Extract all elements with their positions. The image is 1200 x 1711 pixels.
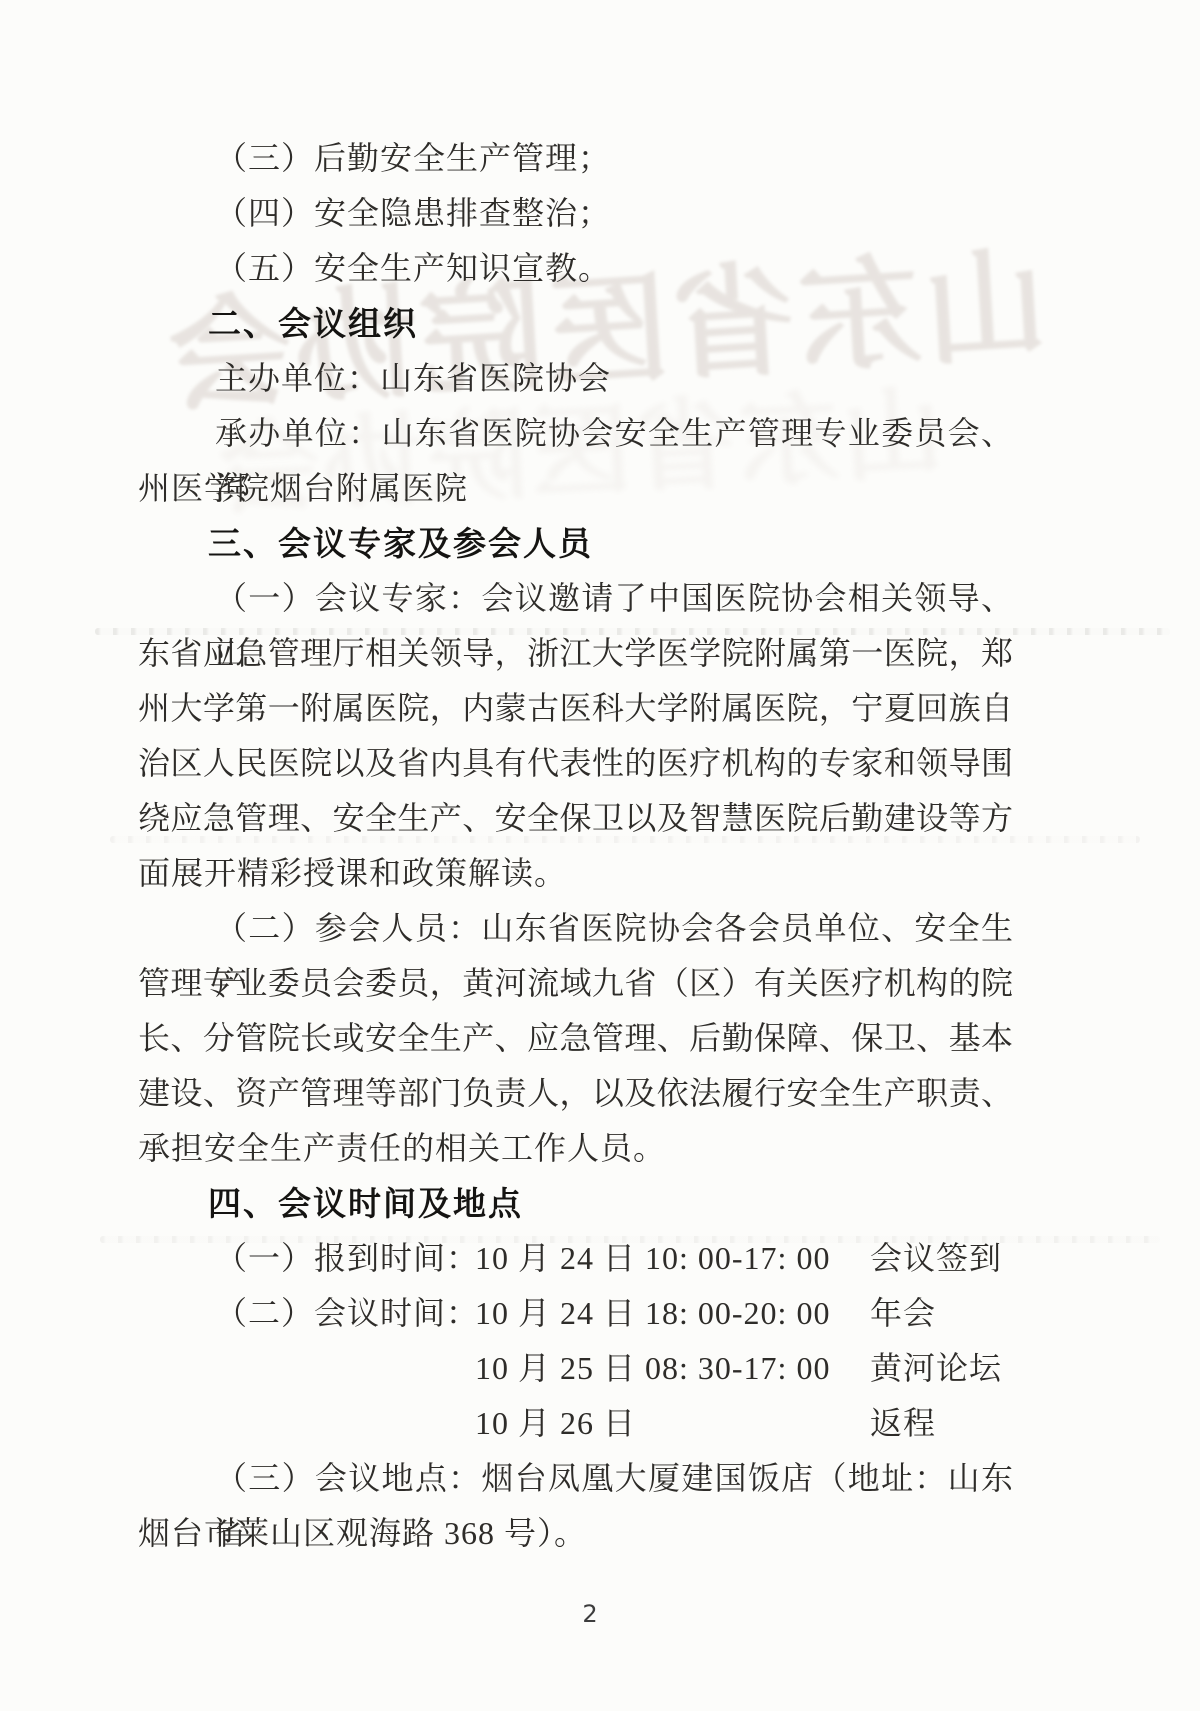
document-line: （三）后勤安全生产管理； xyxy=(138,131,1013,186)
document-line: （一）会议专家：会议邀请了中国医院协会相关领导、山 xyxy=(138,571,1013,626)
schedule-time: 10 月 24 日 18: 00-20: 00 xyxy=(475,1286,830,1341)
document-line: （二）参会人员：山东省医院协会各会员单位、安全生产 xyxy=(138,901,1013,956)
schedule-note: 会议签到 xyxy=(870,1231,1002,1286)
schedule-label: （二）会议时间： xyxy=(215,1295,479,1331)
schedule-note: 返程 xyxy=(870,1396,936,1451)
schedule-time: 10 月 26 日 xyxy=(475,1396,636,1451)
document-line: 承办单位：山东省医院协会安全生产管理专业委员会、滨 xyxy=(138,406,1013,461)
document-line: 烟台市莱山区观海路 368 号）。 xyxy=(138,1506,1013,1561)
document-line: 治区人民医院以及省内具有代表性的医疗机构的专家和领导围 xyxy=(138,736,1013,791)
schedule-note: 黄河论坛 xyxy=(870,1341,1002,1396)
document-body: （三）后勤安全生产管理； （四）安全隐患排查整治； （五）安全生产知识宣教。 二… xyxy=(138,0,1013,1561)
document-line: 州大学第一附属医院，内蒙古医科大学附属医院，宁夏回族自 xyxy=(138,681,1013,736)
document-line: 州医学院烟台附属医院 xyxy=(138,461,1013,516)
schedule-row: （二）会议时间： 10 月 24 日 18: 00-20: 00 年会 xyxy=(138,1286,1013,1341)
section-heading: 三、会议专家及参会人员 xyxy=(138,516,1013,571)
document-line: 管理专业委员会委员，黄河流域九省（区）有关医疗机构的院 xyxy=(138,956,1013,1011)
schedule-note: 年会 xyxy=(870,1286,936,1341)
document-line: （五）安全生产知识宣教。 xyxy=(138,241,1013,296)
document-line: 长、分管院长或安全生产、应急管理、后勤保障、保卫、基本 xyxy=(138,1011,1013,1066)
schedule-label: （一）报到时间： xyxy=(215,1240,479,1276)
document-line: 面展开精彩授课和政策解读。 xyxy=(138,846,1013,901)
document-line: 建设、资产管理等部门负责人，以及依法履行安全生产职责、 xyxy=(138,1066,1013,1121)
scanned-document-page: { "page_number": "2", "watermark": { "te… xyxy=(0,0,1200,1711)
page-number: 2 xyxy=(0,1594,1180,1634)
document-line: 承担安全生产责任的相关工作人员。 xyxy=(138,1121,1013,1176)
schedule-row: 10 月 25 日 08: 30-17: 00 黄河论坛 xyxy=(138,1341,1013,1396)
document-line: （三）会议地点：烟台凤凰大厦建国饭店（地址：山东省 xyxy=(138,1451,1013,1506)
document-line: 东省应急管理厅相关领导，浙江大学医学院附属第一医院，郑 xyxy=(138,626,1013,681)
document-line: 主办单位：山东省医院协会 xyxy=(138,351,1013,406)
section-heading: 四、会议时间及地点 xyxy=(138,1176,1013,1231)
section-heading: 二、会议组织 xyxy=(138,296,1013,351)
schedule-row: （一）报到时间： 10 月 24 日 10: 00-17: 00 会议签到 xyxy=(138,1231,1013,1286)
schedule-time: 10 月 25 日 08: 30-17: 00 xyxy=(475,1341,830,1396)
document-line: 绕应急管理、安全生产、安全保卫以及智慧医院后勤建设等方 xyxy=(138,791,1013,846)
schedule-time: 10 月 24 日 10: 00-17: 00 xyxy=(475,1231,830,1286)
document-line: （四）安全隐患排查整治； xyxy=(138,186,1013,241)
schedule-row: 10 月 26 日 返程 xyxy=(138,1396,1013,1451)
